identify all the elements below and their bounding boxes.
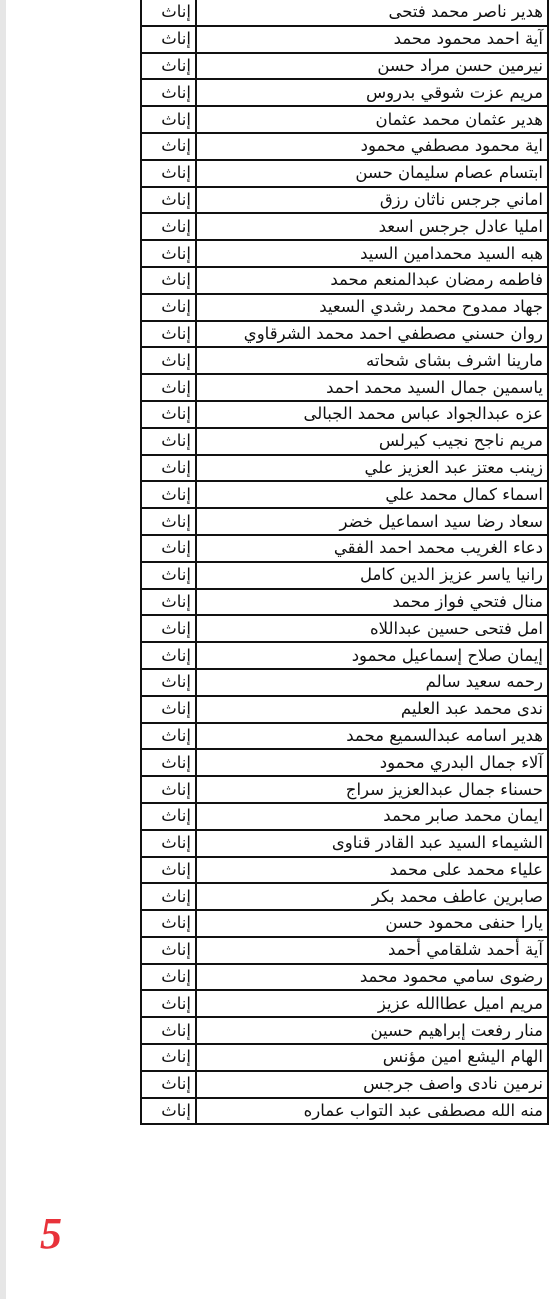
name-cell: آية أحمد شلقامي أحمد (196, 937, 548, 964)
table-row: إناثاماني جرجس ناثان رزق (141, 187, 548, 214)
gender-cell: إناث (141, 1044, 196, 1071)
name-cell: هدير اسامه عبدالسميع محمد (196, 723, 548, 750)
table-row: إناثروان حسني مصطفي احمد محمد الشرقاوي (141, 321, 548, 348)
table-row: إناثفاطمه رمضان عبدالمنعم محمد (141, 267, 548, 294)
table-row: إناثآية أحمد شلقامي أحمد (141, 937, 548, 964)
gender-cell: إناث (141, 508, 196, 535)
gender-cell: إناث (141, 401, 196, 428)
name-cell: اماني جرجس ناثان رزق (196, 187, 548, 214)
table-row: إناثرحمه سعيد سالم (141, 669, 548, 696)
name-cell: زينب معتز عبد العزيز علي (196, 455, 548, 482)
table-row: إناثعزه عبدالجواد عباس محمد الجبالى (141, 401, 548, 428)
name-cell: مريم عزت شوقي بدروس (196, 79, 548, 106)
name-cell: ابتسام عصام سليمان حسن (196, 160, 548, 187)
name-cell: رانيا ياسر عزيز الدين كامل (196, 562, 548, 589)
gender-cell: إناث (141, 455, 196, 482)
name-cell: صابرين عاطف محمد بكر (196, 883, 548, 910)
table-row: إناثالهام اليشع امين مؤنس (141, 1044, 548, 1071)
table-row: إناثزينب معتز عبد العزيز علي (141, 455, 548, 482)
gender-cell: إناث (141, 79, 196, 106)
gender-cell: إناث (141, 669, 196, 696)
gender-cell: إناث (141, 213, 196, 240)
gender-cell: إناث (141, 990, 196, 1017)
table-row: إناثالشيماء السيد عبد القادر قناوى (141, 830, 548, 857)
page-edge-strip (0, 0, 6, 1299)
table-row: إناثمريم ناجح نجيب كيرلس (141, 428, 548, 455)
student-roster-table: إناثهدير ناصر محمد فتحىإناثآية احمد محمو… (140, 0, 549, 1125)
table-row: إناثنيرمين حسن مراد حسن (141, 53, 548, 80)
table-row: إناثهدير اسامه عبدالسميع محمد (141, 723, 548, 750)
name-cell: امل فتحى حسين عبداللاه (196, 615, 548, 642)
gender-cell: إناث (141, 374, 196, 401)
table-row: إناثمنال فتحي فواز محمد (141, 589, 548, 616)
gender-cell: إناث (141, 187, 196, 214)
name-cell: نيرمين حسن مراد حسن (196, 53, 548, 80)
name-cell: فاطمه رمضان عبدالمنعم محمد (196, 267, 548, 294)
name-cell: منه الله مصطفى عبد التواب عماره (196, 1098, 548, 1125)
table-row: إناثهدير عثمان محمد عثمان (141, 106, 548, 133)
gender-cell: إناث (141, 160, 196, 187)
name-cell: منال فتحي فواز محمد (196, 589, 548, 616)
table-row: إناثسعاد رضا سيد اسماعيل خضر (141, 508, 548, 535)
gender-cell: إناث (141, 1017, 196, 1044)
name-cell: هدير عثمان محمد عثمان (196, 106, 548, 133)
name-cell: حسناء جمال عبدالعزيز سراج (196, 776, 548, 803)
gender-cell: إناث (141, 937, 196, 964)
name-cell: سعاد رضا سيد اسماعيل خضر (196, 508, 548, 535)
name-cell: رضوى سامي محمود محمد (196, 964, 548, 991)
table-row: إناثهدير ناصر محمد فتحى (141, 0, 548, 26)
gender-cell: إناث (141, 964, 196, 991)
name-cell: اسماء كمال محمد علي (196, 481, 548, 508)
gender-cell: إناث (141, 615, 196, 642)
gender-cell: إناث (141, 267, 196, 294)
name-cell: اية محمود مصطفي محمود (196, 133, 548, 160)
table-row: إناثابتسام عصام سليمان حسن (141, 160, 548, 187)
table-row: إناثآلاء جمال البدري محمود (141, 749, 548, 776)
table-row: إناثاية محمود مصطفي محمود (141, 133, 548, 160)
table-row: إناثمارينا اشرف بشاى شحاته (141, 347, 548, 374)
gender-cell: إناث (141, 883, 196, 910)
table-row: إناثدعاء الغريب محمد احمد الفقي (141, 535, 548, 562)
gender-cell: إناث (141, 857, 196, 884)
gender-cell: إناث (141, 240, 196, 267)
gender-cell: إناث (141, 53, 196, 80)
table-row: إناثجهاد ممدوح محمد رشدي السعيد (141, 294, 548, 321)
gender-cell: إناث (141, 589, 196, 616)
name-cell: آية احمد محمود محمد (196, 26, 548, 53)
table-row: إناثندى محمد عبد العليم (141, 696, 548, 723)
name-cell: رحمه سعيد سالم (196, 669, 548, 696)
name-cell: نرمين نادى واصف جرجس (196, 1071, 548, 1098)
table-row: إناثيارا حنفى محمود حسن (141, 910, 548, 937)
name-cell: عزه عبدالجواد عباس محمد الجبالى (196, 401, 548, 428)
gender-cell: إناث (141, 106, 196, 133)
gender-cell: إناث (141, 830, 196, 857)
gender-cell: إناث (141, 0, 196, 26)
name-cell: إيمان صلاح إسماعيل محمود (196, 642, 548, 669)
gender-cell: إناث (141, 803, 196, 830)
table-row: إناثاسماء كمال محمد علي (141, 481, 548, 508)
name-cell: جهاد ممدوح محمد رشدي السعيد (196, 294, 548, 321)
table-row: إناثرانيا ياسر عزيز الدين كامل (141, 562, 548, 589)
name-cell: آلاء جمال البدري محمود (196, 749, 548, 776)
name-cell: دعاء الغريب محمد احمد الفقي (196, 535, 548, 562)
name-cell: الشيماء السيد عبد القادر قناوى (196, 830, 548, 857)
table-row: إناثياسمين جمال السيد محمد احمد (141, 374, 548, 401)
gender-cell: إناث (141, 428, 196, 455)
gender-cell: إناث (141, 749, 196, 776)
table-row: إناثحسناء جمال عبدالعزيز سراج (141, 776, 548, 803)
gender-cell: إناث (141, 321, 196, 348)
name-cell: منار رفعت إبراهيم حسين (196, 1017, 548, 1044)
gender-cell: إناث (141, 723, 196, 750)
gender-cell: إناث (141, 481, 196, 508)
table-row: إناثصابرين عاطف محمد بكر (141, 883, 548, 910)
table-row: إناثعلياء محمد على محمد (141, 857, 548, 884)
name-cell: الهام اليشع امين مؤنس (196, 1044, 548, 1071)
gender-cell: إناث (141, 347, 196, 374)
gender-cell: إناث (141, 910, 196, 937)
page-number: 5 (40, 1212, 62, 1256)
table-row: إناثآية احمد محمود محمد (141, 26, 548, 53)
gender-cell: إناث (141, 696, 196, 723)
gender-cell: إناث (141, 1071, 196, 1098)
gender-cell: إناث (141, 535, 196, 562)
name-cell: مريم ناجح نجيب كيرلس (196, 428, 548, 455)
gender-cell: إناث (141, 26, 196, 53)
gender-cell: إناث (141, 776, 196, 803)
gender-cell: إناث (141, 642, 196, 669)
table-row: إناثهبه السيد محمدامين السيد (141, 240, 548, 267)
roster-body: إناثهدير ناصر محمد فتحىإناثآية احمد محمو… (141, 0, 548, 1124)
name-cell: هبه السيد محمدامين السيد (196, 240, 548, 267)
table-row: إناثرضوى سامي محمود محمد (141, 964, 548, 991)
gender-cell: إناث (141, 133, 196, 160)
table-row: إناثمنار رفعت إبراهيم حسين (141, 1017, 548, 1044)
table-row: إناثنرمين نادى واصف جرجس (141, 1071, 548, 1098)
gender-cell: إناث (141, 294, 196, 321)
name-cell: علياء محمد على محمد (196, 857, 548, 884)
name-cell: مريم اميل عطاالله عزيز (196, 990, 548, 1017)
table-row: إناثامليا عادل جرجس اسعد (141, 213, 548, 240)
name-cell: ندى محمد عبد العليم (196, 696, 548, 723)
table-row: إناثمريم عزت شوقي بدروس (141, 79, 548, 106)
table-row: إناثايمان محمد صابر محمد (141, 803, 548, 830)
table-row: إناثمريم اميل عطاالله عزيز (141, 990, 548, 1017)
name-cell: امليا عادل جرجس اسعد (196, 213, 548, 240)
table-row: إناثامل فتحى حسين عبداللاه (141, 615, 548, 642)
name-cell: مارينا اشرف بشاى شحاته (196, 347, 548, 374)
name-cell: روان حسني مصطفي احمد محمد الشرقاوي (196, 321, 548, 348)
name-cell: ايمان محمد صابر محمد (196, 803, 548, 830)
gender-cell: إناث (141, 1098, 196, 1125)
table-row: إناثمنه الله مصطفى عبد التواب عماره (141, 1098, 548, 1125)
table-row: إناثإيمان صلاح إسماعيل محمود (141, 642, 548, 669)
name-cell: يارا حنفى محمود حسن (196, 910, 548, 937)
name-cell: هدير ناصر محمد فتحى (196, 0, 548, 26)
gender-cell: إناث (141, 562, 196, 589)
name-cell: ياسمين جمال السيد محمد احمد (196, 374, 548, 401)
